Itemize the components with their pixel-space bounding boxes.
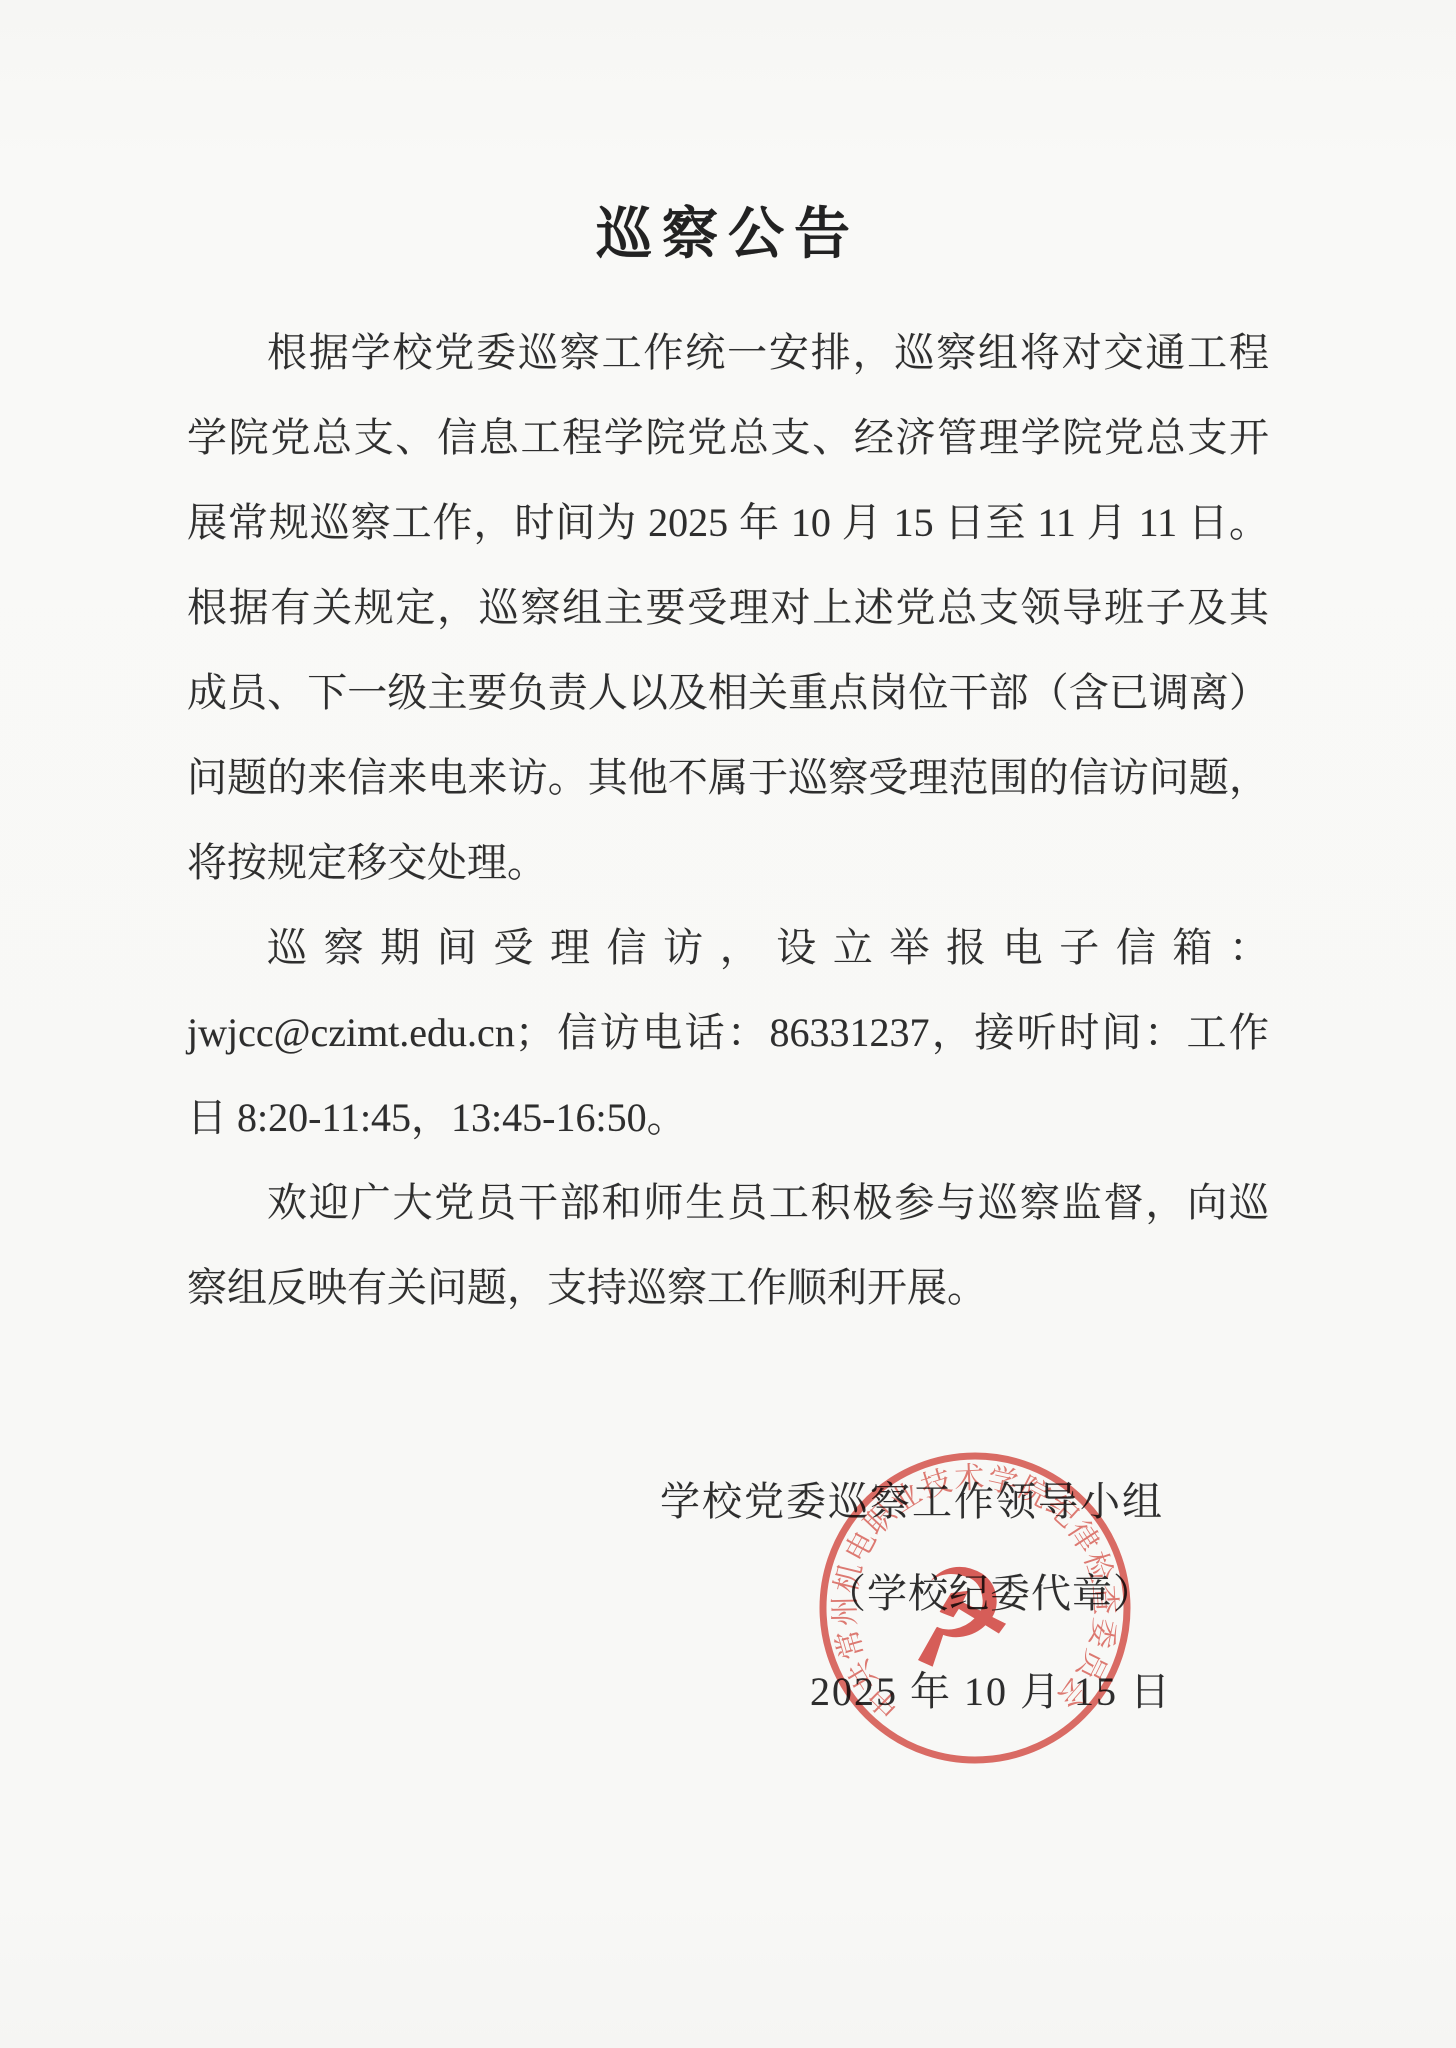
body-line: 根据有关规定，巡察组主要受理对上述党总支领导班子及其 — [187, 565, 1269, 650]
official-red-seal: 中共常州机电职业技术学院纪律检查委员会 ☭ — [796, 1429, 1153, 1786]
seal-graphic: 中共常州机电职业技术学院纪律检查委员会 ☭ — [796, 1429, 1153, 1786]
body-line: 学院党总支、信息工程学院党总支、经济管理学院党总支开 — [187, 395, 1269, 480]
body-line: jwjcc@czimt.edu.cn；信访电话：86331237，接听时间：工作 — [187, 990, 1269, 1075]
body-line: 展常规巡察工作，时间为 2025 年 10 月 15 日至 11 月 11 日。 — [187, 480, 1269, 565]
hammer-and-sickle-icon: ☭ — [887, 1533, 1028, 1701]
document-body: 根据学校党委巡察工作统一安排，巡察组将对交通工程 学院党总支、信息工程学院党总支… — [187, 310, 1269, 1330]
body-line: 巡察期间受理信访，设立举报电子信箱： — [187, 905, 1269, 990]
body-line: 察组反映有关问题，支持巡察工作顺利开展。 — [187, 1245, 1269, 1330]
body-line: 问题的来信来电来访。其他不属于巡察受理范围的信访问题， — [187, 735, 1269, 820]
body-line: 日 8:20-11:45，13:45-16:50。 — [187, 1075, 1269, 1160]
document-title: 巡察公告 — [0, 200, 1456, 270]
scanned-document-page: 巡察公告 根据学校党委巡察工作统一安排，巡察组将对交通工程 学院党总支、信息工程… — [0, 0, 1456, 2048]
body-line: 根据学校党委巡察工作统一安排，巡察组将对交通工程 — [187, 310, 1269, 395]
body-line: 将按规定移交处理。 — [187, 820, 1269, 905]
body-line: 成员、下一级主要负责人以及相关重点岗位干部（含已调离） — [187, 650, 1269, 735]
body-line: 欢迎广大党员干部和师生员工积极参与巡察监督，向巡 — [187, 1160, 1269, 1245]
